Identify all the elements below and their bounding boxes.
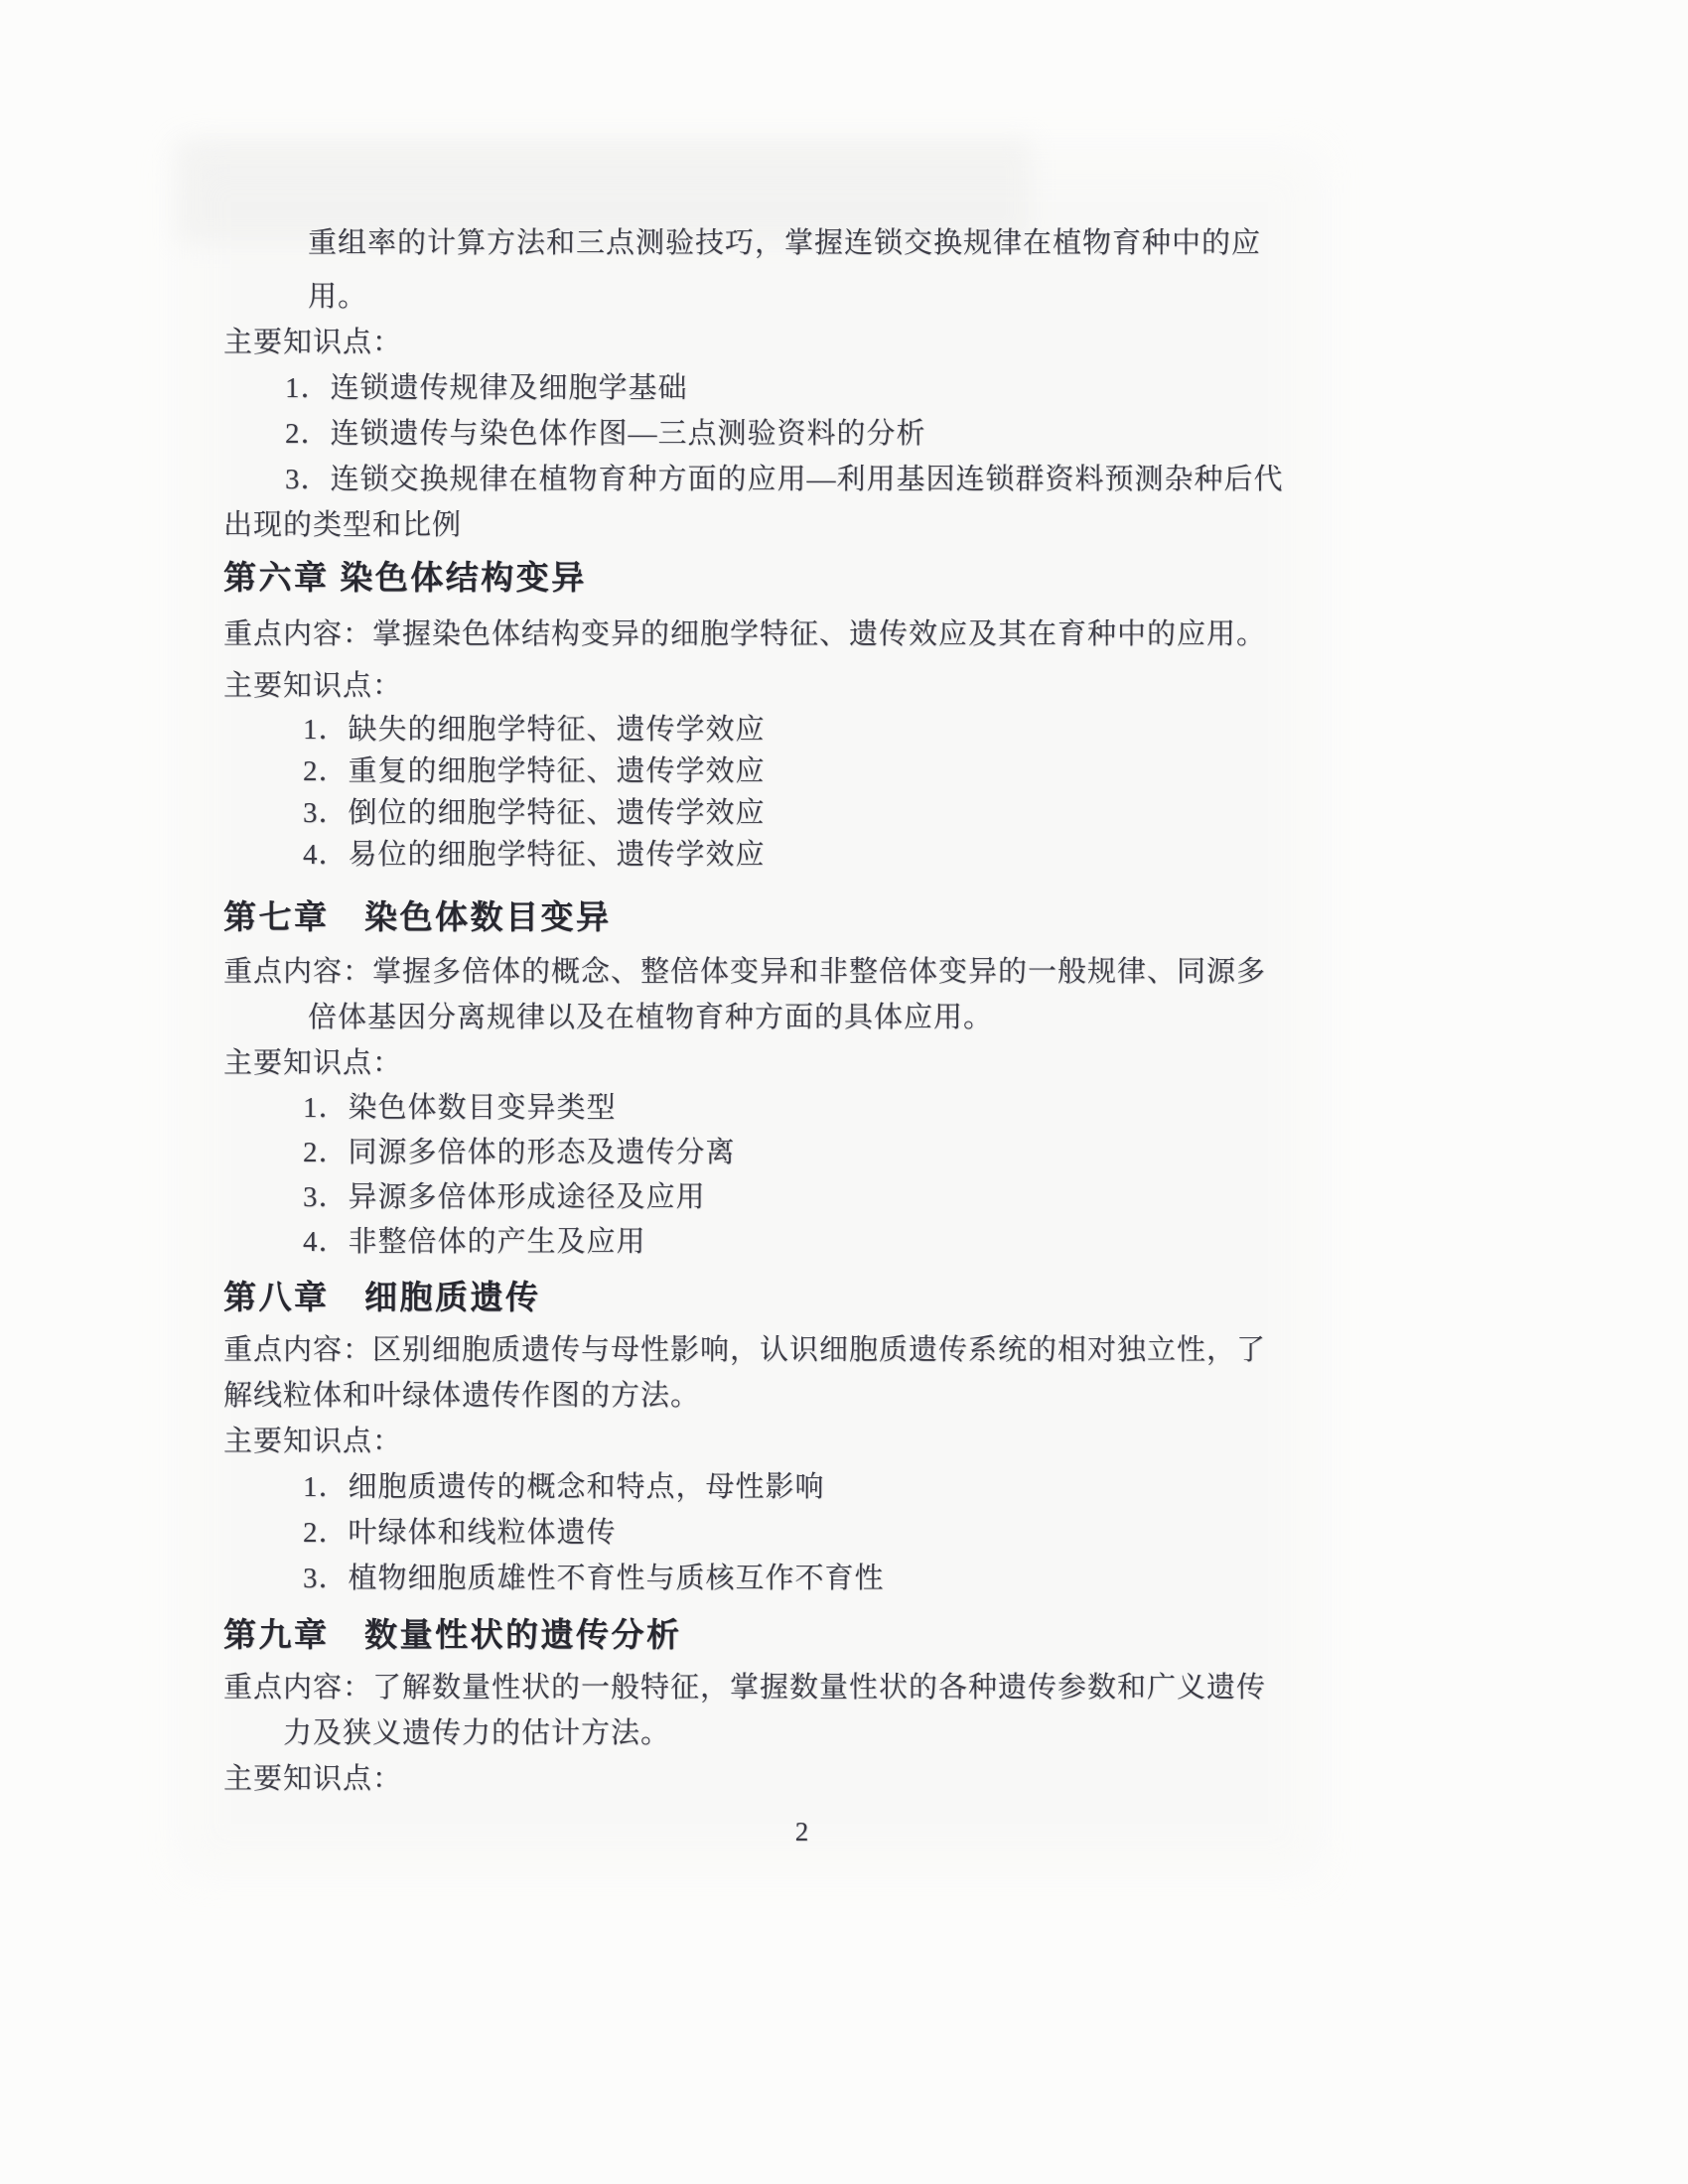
focus-line: 解线粒体和叶绿体遗传作图的方法。 <box>223 1373 1291 1419</box>
chapter-heading: 第七章 染色体数目变异 <box>223 893 1291 943</box>
paragraph-line: 用。 <box>308 274 1291 320</box>
focus-line: 重点内容：了解数量性状的一般特征，掌握数量性状的各种遗传参数和广义遗传 <box>223 1665 1291 1710</box>
focus-line: 重点内容：掌握染色体结构变异的细胞学特征、遗传效应及其在育种中的应用。 <box>223 612 1291 657</box>
list-item: 4．非整倍体的产生及应用 <box>303 1220 1291 1265</box>
chapter-heading: 第九章 数量性状的遗传分析 <box>223 1611 1291 1661</box>
points-label: 主要知识点： <box>223 1040 1291 1086</box>
list-item: 4．易位的细胞学特征、遗传学效应 <box>303 834 1291 876</box>
chapter-heading: 第六章 染色体结构变异 <box>223 554 1291 604</box>
points-label: 主要知识点： <box>223 1756 1291 1802</box>
points-label: 主要知识点： <box>223 1419 1291 1464</box>
focus-line: 力及狭义遗传力的估计方法。 <box>283 1710 1291 1756</box>
chapter-heading: 第八章 细胞质遗传 <box>223 1274 1291 1323</box>
points-label: 主要知识点： <box>223 663 1291 709</box>
focus-line: 重点内容：区别细胞质遗传与母性影响，认识细胞质遗传系统的相对独立性，了 <box>223 1327 1291 1373</box>
list-item: 2．连锁遗传与染色体作图—三点测验资料的分析 <box>285 411 1291 457</box>
list-item: 2．叶绿体和线粒体遗传 <box>303 1510 1291 1556</box>
points-label: 主要知识点： <box>223 320 1291 365</box>
list-item: 2．同源多倍体的形态及遗传分离 <box>303 1131 1291 1175</box>
scanned-document-page: 重组率的计算方法和三点测验技巧，掌握连锁交换规律在植物育种中的应 用。 主要知识… <box>0 0 1688 2184</box>
page-number: 2 <box>268 1809 1336 1854</box>
document-content: 重组率的计算方法和三点测验技巧，掌握连锁交换规律在植物育种中的应 用。 主要知识… <box>223 0 1291 1854</box>
list-item: 1．连锁遗传规律及细胞学基础 <box>285 365 1291 411</box>
list-item: 3．植物细胞质雄性不育性与质核互作不育性 <box>303 1556 1291 1601</box>
focus-line: 重点内容：掌握多倍体的概念、整倍体变异和非整倍体变异的一般规律、同源多 <box>223 949 1291 995</box>
list-item: 1．细胞质遗传的概念和特点，母性影响 <box>303 1464 1291 1510</box>
list-item-continuation: 出现的类型和比例 <box>223 502 1291 548</box>
list-item: 1．缺失的细胞学特征、遗传学效应 <box>303 709 1291 751</box>
list-item: 2．重复的细胞学特征、遗传学效应 <box>303 751 1291 792</box>
list-item: 3．倒位的细胞学特征、遗传学效应 <box>303 792 1291 834</box>
paragraph-line: 重组率的计算方法和三点测验技巧，掌握连锁交换规律在植物育种中的应 <box>308 220 1291 266</box>
list-item: 3．连锁交换规律在植物育种方面的应用—利用基因连锁群资料预测杂种后代 <box>285 457 1291 502</box>
list-item: 1．染色体数目变异类型 <box>303 1086 1291 1131</box>
focus-line: 倍体基因分离规律以及在植物育种方面的具体应用。 <box>308 995 1291 1040</box>
list-item: 3．异源多倍体形成途径及应用 <box>303 1175 1291 1220</box>
